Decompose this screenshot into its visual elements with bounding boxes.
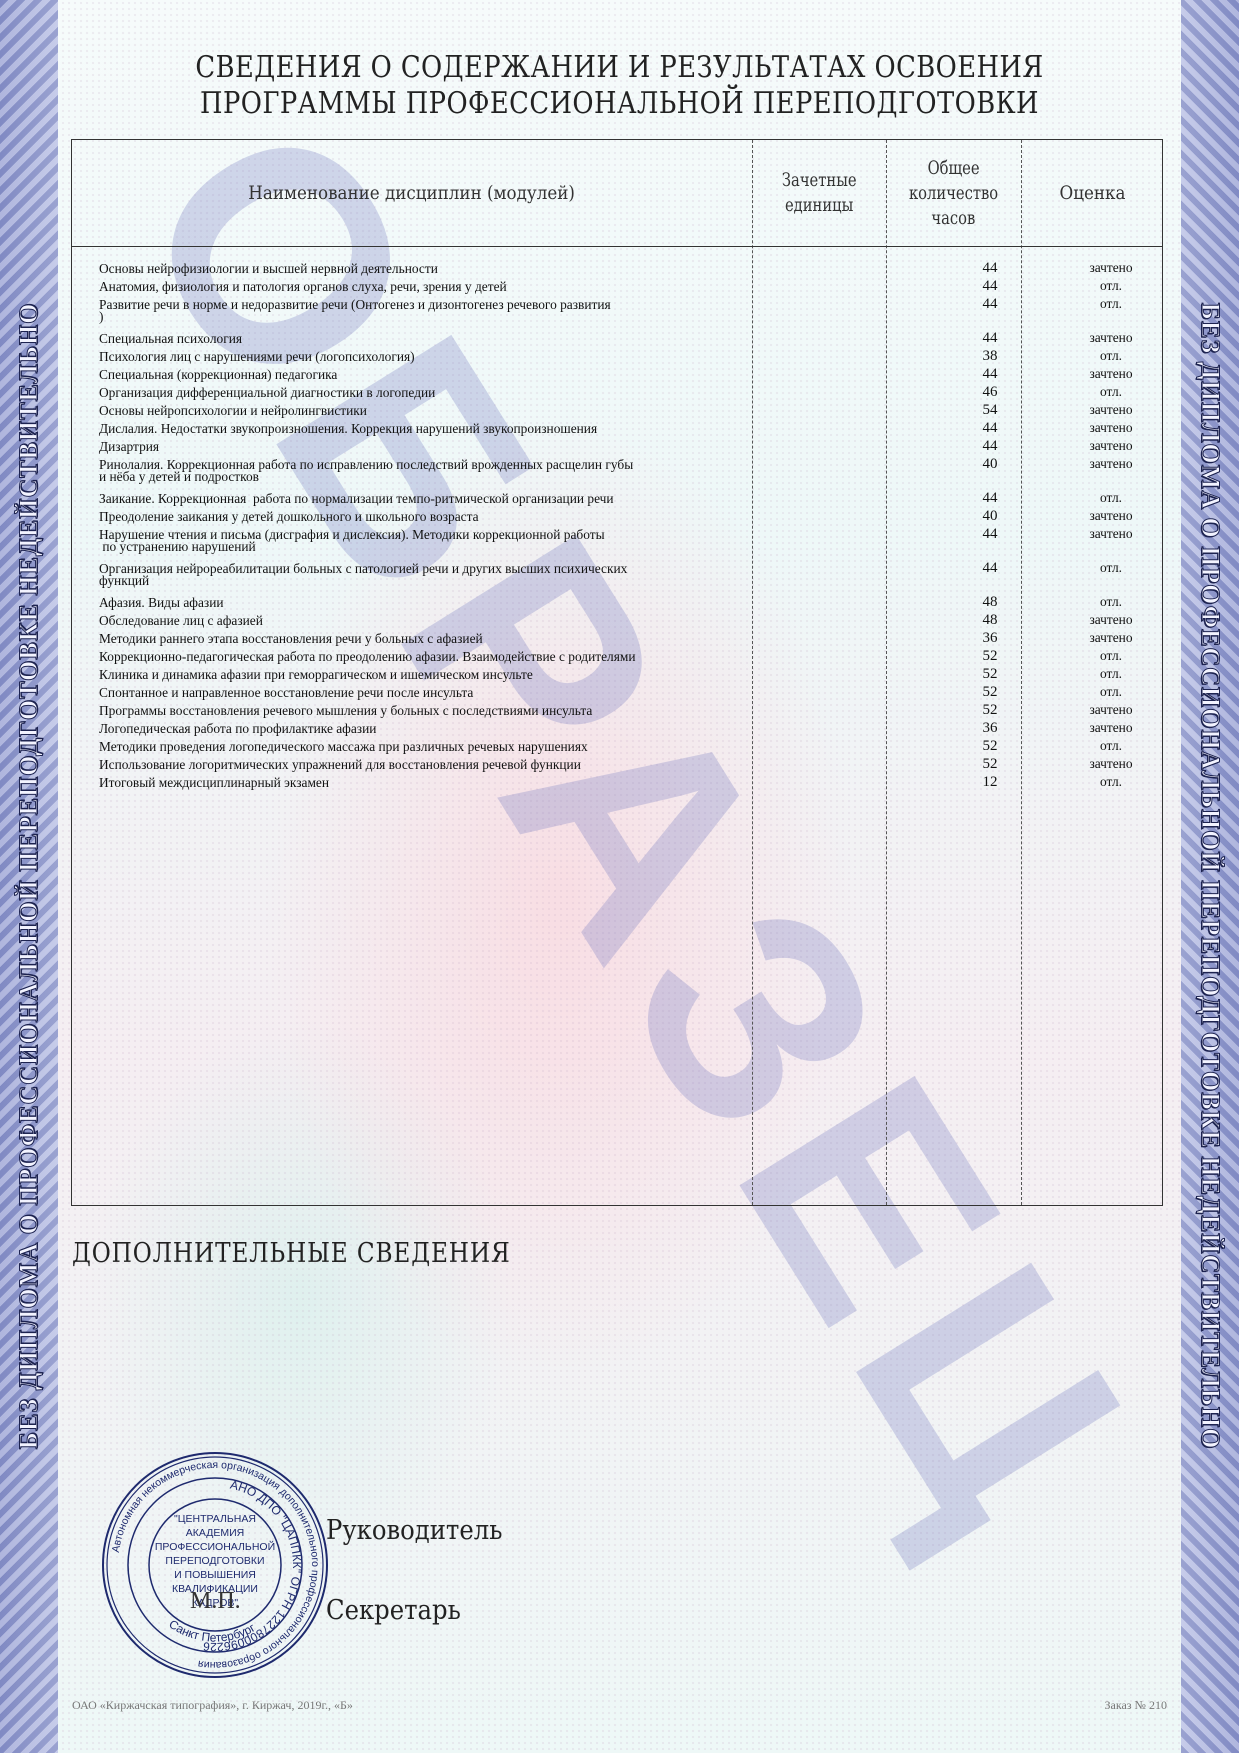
discipline-hours: 44 [950,560,1030,576]
discipline-name: Афазия. Виды афазии [99,594,699,612]
discipline-hours: 44 [950,490,1030,506]
table-row: Основы нейрофизиологии и высшей нервной … [99,260,1162,278]
discipline-grade: зачтено [1035,366,1187,382]
discipline-hours: 52 [950,738,1030,754]
discipline-name: Организация дифференциальной диагностики… [99,384,699,402]
table-row: Организация дифференциальной диагностики… [99,384,1162,402]
table-row: Анатомия, физиология и патология органов… [99,278,1162,296]
discipline-grade: зачтено [1035,330,1187,346]
diploma-supplement-page: БЕЗ ДИПЛОМА О ПРОФЕССИОНАЛЬНОЙ ПЕРЕПОДГО… [0,0,1239,1753]
discipline-name: Специальная психология [99,330,699,348]
discipline-grade: отл. [1035,296,1187,312]
discipline-name: Заикание. Коррекционная работа по нормал… [99,490,699,508]
discipline-name: Спонтанное и направленное восстановление… [99,684,699,702]
printer-imprint: ОАО «Киржачская типография», г. Киржач, … [72,1698,353,1713]
discipline-hours: 52 [950,666,1030,682]
table-row: Обследование лиц с афазией48зачтено [99,612,1162,630]
discipline-grade: зачтено [1035,526,1187,542]
discipline-hours: 40 [950,456,1030,472]
discipline-grade: зачтено [1035,456,1187,472]
table-row: Нарушение чтения и письма (дисграфия и д… [99,526,1162,560]
discipline-grade: зачтено [1035,702,1187,718]
discipline-grade: зачтено [1035,612,1187,628]
discipline-grade: отл. [1035,594,1187,610]
additional-info-title: ДОПОЛНИТЕЛЬНЫЕ СВЕДЕНИЯ [72,1238,511,1269]
discipline-grade: отл. [1035,278,1187,294]
discipline-grade: отл. [1035,738,1187,754]
discipline-grade: отл. [1035,684,1187,700]
discipline-name: Итоговый междисциплинарный экзамен [99,774,699,792]
discipline-grade: отл. [1035,774,1187,790]
discipline-name: Обследование лиц с афазией [99,612,699,630]
table-row: Клиника и динамика афазии при геморрагич… [99,666,1162,684]
discipline-hours: 48 [950,612,1030,628]
left-border-text: БЕЗ ДИПЛОМА О ПРОФЕССИОНАЛЬНОЙ ПЕРЕПОДГО… [14,303,44,1450]
discipline-hours: 12 [950,774,1030,790]
discipline-grade: зачтено [1035,508,1187,524]
header-hours: Общееколичествочасов [886,140,1021,246]
table-row: Программы восстановления речевого мышлен… [99,702,1162,720]
head-signature-label: Руководитель [326,1515,502,1546]
header-grade: Оценка [1021,140,1164,246]
header-credits: Зачетныеединицы [752,140,886,246]
table-row: Специальная (коррекционная) педагогика44… [99,366,1162,384]
discipline-name: Методики проведения логопедического масс… [99,738,699,756]
discipline-hours: 44 [950,526,1030,542]
discipline-name: Основы нейрофизиологии и высшей нервной … [99,260,699,278]
discipline-hours: 44 [950,438,1030,454]
page-title: СВЕДЕНИЯ О СОДЕРЖАНИИ И РЕЗУЛЬТАТАХ ОСВО… [87,50,1153,122]
discipline-hours: 52 [950,684,1030,700]
discipline-name: Преодоление заикания у детей дошкольного… [99,508,699,526]
header-divider [72,246,1162,247]
discipline-hours: 36 [950,720,1030,736]
discipline-name: Дизартрия [99,438,699,456]
table-row: Методики проведения логопедического масс… [99,738,1162,756]
discipline-hours: 44 [950,330,1030,346]
discipline-hours: 46 [950,384,1030,400]
discipline-name: Коррекционно-педагогическая работа по пр… [99,648,699,666]
discipline-grade: отл. [1035,348,1187,364]
discipline-name: Методики раннего этапа восстановления ре… [99,630,699,648]
discipline-hours: 40 [950,508,1030,524]
svg-text:"ЦЕНТРАЛЬНАЯ: "ЦЕНТРАЛЬНАЯ [174,1513,256,1525]
table-row: Использование логоритмических упражнений… [99,756,1162,774]
table-row: Специальная психология44зачтено [99,330,1162,348]
discipline-grade: зачтено [1035,756,1187,772]
discipline-hours: 44 [950,366,1030,382]
discipline-name: Использование логоритмических упражнений… [99,756,699,774]
disciplines-table: Наименование дисциплин (модулей) Зачетны… [71,139,1163,1206]
title-line-1: СВЕДЕНИЯ О СОДЕРЖАНИИ И РЕЗУЛЬТАТАХ ОСВО… [87,50,1153,86]
table-row: Организация нейрореабилитации больных с … [99,560,1162,594]
organization-seal: Автономная некоммерческая организация до… [100,1450,330,1680]
discipline-grade: зачтено [1035,402,1187,418]
table-row: Методики раннего этапа восстановления ре… [99,630,1162,648]
discipline-hours: 52 [950,702,1030,718]
header-discipline: Наименование дисциплин (модулей) [72,140,752,246]
secretary-signature-label: Секретарь [326,1595,461,1626]
discipline-name: Психология лиц с нарушениями речи (логоп… [99,348,699,366]
table-body: Основы нейрофизиологии и высшей нервной … [99,260,1162,792]
discipline-name: Дислалия. Недостатки звукопроизношения. … [99,420,699,438]
discipline-name: Специальная (коррекционная) педагогика [99,366,699,384]
table-row: Ринолалия. Коррекционная работа по испра… [99,456,1162,490]
table-row: Развитие речи в норме и недоразвитие реч… [99,296,1162,330]
discipline-grade: зачтено [1035,720,1187,736]
discipline-hours: 52 [950,648,1030,664]
discipline-grade: зачтено [1035,420,1187,436]
discipline-hours: 52 [950,756,1030,772]
table-row: Основы нейропсихологии и нейролингвистик… [99,402,1162,420]
discipline-hours: 36 [950,630,1030,646]
discipline-hours: 44 [950,278,1030,294]
title-line-2: ПРОГРАММЫ ПРОФЕССИОНАЛЬНОЙ ПЕРЕПОДГОТОВК… [87,86,1153,122]
svg-text:АКАДЕМИЯ: АКАДЕМИЯ [186,1527,244,1539]
discipline-hours: 44 [950,260,1030,276]
discipline-grade: отл. [1035,648,1187,664]
discipline-hours: 38 [950,348,1030,364]
discipline-hours: 44 [950,420,1030,436]
discipline-name: Клиника и динамика афазии при геморрагич… [99,666,699,684]
discipline-grade: отл. [1035,560,1187,576]
order-number: Заказ № 210 [1104,1698,1167,1713]
seal-place-label: М.П. [190,1588,241,1615]
discipline-name: Логопедическая работа по профилактике аф… [99,720,699,738]
discipline-grade: зачтено [1035,260,1187,276]
table-row: Заикание. Коррекционная работа по нормал… [99,490,1162,508]
discipline-hours: 44 [950,296,1030,312]
discipline-grade: отл. [1035,490,1187,506]
svg-text:И ПОВЫШЕНИЯ: И ПОВЫШЕНИЯ [174,1569,256,1581]
table-row: Логопедическая работа по профилактике аф… [99,720,1162,738]
discipline-hours: 54 [950,402,1030,418]
discipline-name: Ринолалия. Коррекционная работа по испра… [99,456,699,490]
discipline-grade: зачтено [1035,630,1187,646]
discipline-name: Анатомия, физиология и патология органов… [99,278,699,296]
svg-text:ПЕРЕПОДГОТОВКИ: ПЕРЕПОДГОТОВКИ [165,1555,264,1567]
svg-text:ПРОФЕССИОНАЛЬНОЙ: ПРОФЕССИОНАЛЬНОЙ [155,1540,275,1553]
right-border-text: БЕЗ ДИПЛОМА О ПРОФЕССИОНАЛЬНОЙ ПЕРЕПОДГО… [1195,303,1225,1450]
table-row: Дислалия. Недостатки звукопроизношения. … [99,420,1162,438]
discipline-grade: отл. [1035,384,1187,400]
discipline-name: Нарушение чтения и письма (дисграфия и д… [99,526,699,560]
discipline-name: Организация нейрореабилитации больных с … [99,560,699,594]
table-row: Коррекционно-педагогическая работа по пр… [99,648,1162,666]
table-row: Психология лиц с нарушениями речи (логоп… [99,348,1162,366]
discipline-name: Программы восстановления речевого мышлен… [99,702,699,720]
discipline-name: Основы нейропсихологии и нейролингвистик… [99,402,699,420]
discipline-name: Развитие речи в норме и недоразвитие реч… [99,296,699,330]
discipline-grade: зачтено [1035,438,1187,454]
discipline-grade: отл. [1035,666,1187,682]
table-row: Дизартрия44зачтено [99,438,1162,456]
discipline-hours: 48 [950,594,1030,610]
table-row: Афазия. Виды афазии48отл. [99,594,1162,612]
table-row: Преодоление заикания у детей дошкольного… [99,508,1162,526]
table-row: Итоговый междисциплинарный экзамен12отл. [99,774,1162,792]
table-row: Спонтанное и направленное восстановление… [99,684,1162,702]
